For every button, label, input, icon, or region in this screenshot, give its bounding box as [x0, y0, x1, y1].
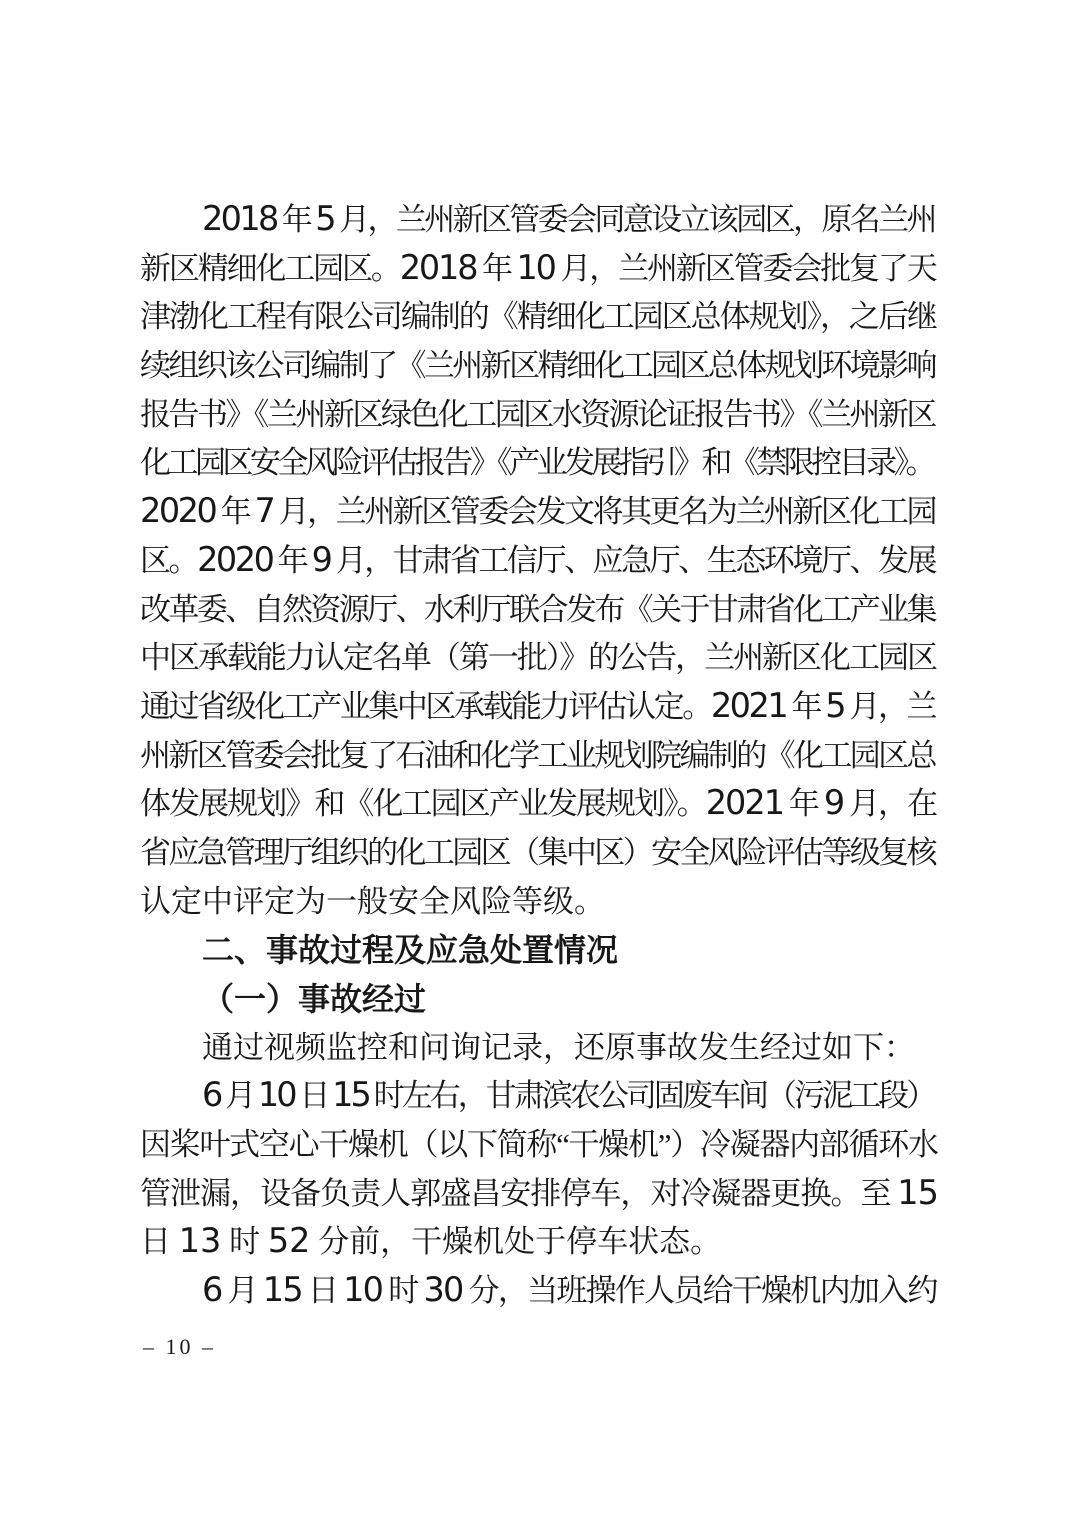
text-line: 6 月 10 日 15 时左右，甘肃滨农公司固废车间（污泥工段）	[140, 1072, 940, 1121]
text-line: 新区精细化工园区。2018 年 10 月，兰州新区管委会批复了天	[140, 245, 940, 294]
text-line: 续组织该公司编制了《兰州新区精细化工园区总体规划环境影响	[140, 342, 940, 391]
text-line: 化工园区安全风险评估报告》《产业发展指引》和《禁限控目录》。	[140, 439, 940, 488]
text-line: 体发展规划》和《化工园区产业发展规划》。2021 年 9 月，在	[140, 780, 940, 829]
text-line: 因桨叶式空心干燥机（以下简称“干燥机”）冷凝器内部循环水	[140, 1121, 940, 1170]
numeral: 6	[202, 1075, 220, 1114]
section-heading: 二、事故过程及应急处置情况	[140, 926, 940, 975]
numeral: 15	[263, 1270, 302, 1309]
text-line: 日 13 时 52 分前，干燥机处于停车状态。	[140, 1218, 940, 1267]
text-line: 通过省级化工产业集中区承载能力评估认定。2021 年 5 月，兰	[140, 683, 940, 732]
numeral: 15	[897, 1173, 938, 1212]
numeral: 30	[423, 1270, 462, 1309]
numeral: 7	[254, 491, 273, 530]
numeral: 2020	[140, 491, 215, 530]
page-number: – 10 –	[143, 1334, 216, 1360]
text-line: 津渤化工程有限公司编制的《精细化工园区总体规划》，之后继	[140, 293, 940, 342]
numeral: 9	[312, 540, 331, 579]
numeral: 2021	[706, 783, 783, 822]
text-line: 通过视频监控和问询记录，还原事故发生经过如下：	[140, 1024, 940, 1073]
numeral: 5	[315, 199, 334, 238]
text-line: 6 月 15 日 10 时 30 分，当班操作人员给干燥机内加入约	[140, 1267, 940, 1316]
text-line: 2020 年 7 月，兰州新区管委会发文将其更名为兰州新区化工园	[140, 488, 940, 537]
numeral: 2018	[202, 199, 277, 238]
numeral: 10	[516, 248, 554, 287]
numeral: 15	[332, 1075, 369, 1114]
text-line: 2018 年 5 月，兰州新区管委会同意设立该园区，原名兰州	[140, 196, 940, 245]
subsection-heading: （一）事故经过	[140, 975, 940, 1024]
document-body: 2018 年 5 月，兰州新区管委会同意设立该园区，原名兰州新区精细化工园区。2…	[140, 196, 940, 1316]
numeral: 9	[824, 783, 843, 822]
numeral: 52	[268, 1221, 311, 1260]
numeral: 13	[179, 1221, 222, 1260]
text-line: 管泄漏，设备负责人郭盛昌安排停车，对冷凝器更换。至 15	[140, 1170, 940, 1219]
text-line: 改革委、自然资源厅、水利厅联合发布《关于甘肃省化工产业集	[140, 586, 940, 635]
numeral: 10	[343, 1270, 382, 1309]
text-line: 区。2020 年 9 月，甘肃省工信厅、应急厅、生态环境厅、发展	[140, 537, 940, 586]
numeral: 2021	[711, 686, 786, 725]
numeral: 2020	[197, 540, 272, 579]
text-line: 认定中评定为一般安全风险等级。	[140, 878, 940, 927]
numeral: 6	[202, 1270, 222, 1309]
text-line: 报告书》《兰州新区绿色化工园区水资源论证报告书》《兰州新区	[140, 391, 940, 440]
numeral: 5	[825, 686, 844, 725]
text-line: 省应急管理厅组织的化工园区（集中区）安全风险评估等级复核	[140, 829, 940, 878]
numeral: 2018	[400, 248, 477, 287]
document-page: 2018 年 5 月，兰州新区管委会同意设立该园区，原名兰州新区精细化工园区。2…	[0, 0, 1080, 1528]
text-line: 中区承载能力认定名单（第一批）》的公告，兰州新区化工园区	[140, 634, 940, 683]
numeral: 10	[258, 1075, 295, 1114]
text-line: 州新区管委会批复了石油和化学工业规划院编制的《化工园区总	[140, 732, 940, 781]
